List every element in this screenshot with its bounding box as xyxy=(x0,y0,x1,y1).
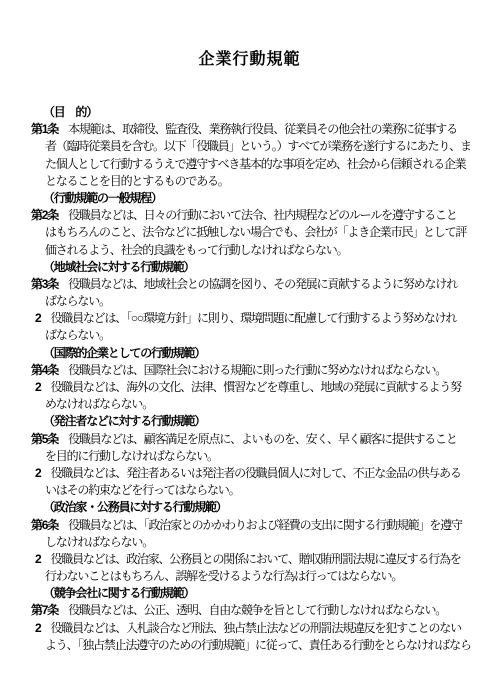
section-heading: （地域社会に対する行動規範） xyxy=(31,259,481,276)
paragraph-line: 2役職員などは、発注者あるいは発注者の役職員個人に対して、不正な金品の供与ある xyxy=(31,465,481,482)
section-heading: （目 的） xyxy=(31,104,481,121)
article-line: 第2条役職員などは、日々の行動において法令、社内規程などのルールを遵守すること xyxy=(31,207,481,224)
line-text: 役職員などは、海外の文化、法律、慣習などを尊重し、地域の発展に貢献するよう努 xyxy=(50,380,460,394)
article-number: 第1条 xyxy=(31,122,58,136)
paragraph-number: 2 xyxy=(35,621,40,635)
continuation-line: 行わないことはもちろん、誤解を受けるような行為は行ってはならない。 xyxy=(31,568,481,585)
section-heading: （発注者などに対する行動規範） xyxy=(31,413,481,430)
line-text: 役職員などは、地域社会との協調を図り、その発展に貢献するように努めなけれ xyxy=(68,277,457,291)
paragraph-number: 2 xyxy=(35,311,40,325)
line-text: 本規範は、取締役、監査役、業務執行役員、従業員その他会社の業務に従事する xyxy=(68,122,457,136)
paragraph-number: 2 xyxy=(35,552,40,566)
article-line: 第7条役職員などは、公正、透明、自由な競争を旨として行動しなければならない。 xyxy=(31,602,481,619)
section-heading: （行動規範の一般規程） xyxy=(31,190,481,207)
continuation-line: 価されるよう、社会的良識をもって行動しなければならない。 xyxy=(31,242,481,259)
continuation-line: となることを目的とするものである。 xyxy=(31,173,481,190)
continuation-line: ばならない。 xyxy=(31,293,481,310)
section-heading: （競争会社に関する行動規範） xyxy=(31,585,481,602)
article-number: 第5条 xyxy=(31,432,58,446)
document-page: 企業行動規範 （目 的）第1条本規範は、取締役、監査役、業務執行役員、従業員その… xyxy=(0,0,499,699)
line-text: 役職員などは、顧客満足を原点に、よいものを、安く、早く顧客に提供すること xyxy=(68,432,457,446)
paragraph-line: 2役職員などは、入札談合など刑法、独占禁止法などの刑罰法規違反を犯すことのない xyxy=(31,620,481,637)
article-number: 第7条 xyxy=(31,603,58,617)
article-line: 第3条役職員などは、地域社会との協調を図り、その発展に貢献するように努めなけれ xyxy=(31,276,481,293)
line-text: 役職員などは、公正、透明、自由な競争を旨として行動しなければならない。 xyxy=(68,603,446,617)
continuation-line: はもちろんのこと、法令などに抵触しない場合でも、会社が「よき企業市民」として評 xyxy=(31,224,481,241)
article-number: 第4条 xyxy=(31,363,58,377)
document-title: 企業行動規範 xyxy=(0,46,499,69)
article-number: 第3条 xyxy=(31,277,58,291)
paragraph-line: 2役職員などは、海外の文化、法律、慣習などを尊重し、地域の発展に貢献するよう努 xyxy=(31,379,481,396)
line-text: 役職員などは、国際社会における規範に則った行動に努めなければならない。 xyxy=(68,363,446,377)
continuation-line: た個人として行動するうえで遵守すべき基本的な事項を定め、社会から信頼される企業 xyxy=(31,156,481,173)
continuation-line: よう、「独占禁止法遵守のための行動規範」に従って、責任ある行動をとらなければなら xyxy=(31,637,481,654)
paragraph-line: 2役職員などは、政治家、公務員との関係において、贈収賄刑罰法規に違反する行為を xyxy=(31,551,481,568)
article-number: 第6条 xyxy=(31,518,58,532)
section-heading: （政治家・公務員に対する行動規範） xyxy=(31,499,481,516)
continuation-line: いはその約束などを行ってはならない。 xyxy=(31,482,481,499)
continuation-line: 者（臨時従業員を含む。以下「役職員」という。）すべてが業務を遂行するにあたり、ま xyxy=(31,138,481,155)
document-body: （目 的）第1条本規範は、取締役、監査役、業務執行役員、従業員その他会社の業務に… xyxy=(31,104,481,654)
line-text: 役職員などは、入札談合など刑法、独占禁止法などの刑罰法規違反を犯すことのない xyxy=(50,621,460,635)
line-text: 役職員などは、「政治家とのかかわりおよび経費の支出に関する行動規範」を遵守 xyxy=(68,518,462,532)
article-number: 第2条 xyxy=(31,208,58,222)
paragraph-number: 2 xyxy=(35,380,40,394)
paragraph-line: 2役職員などは、「○○環境方針」に則り、環境問題に配慮して行動するよう努めなけれ xyxy=(31,310,481,327)
line-text: 役職員などは、日々の行動において法令、社内規程などのルールを遵守すること xyxy=(68,208,457,222)
continuation-line: めなければならない。 xyxy=(31,396,481,413)
article-line: 第6条役職員などは、「政治家とのかかわりおよび経費の支出に関する行動規範」を遵守 xyxy=(31,517,481,534)
article-line: 第4条役職員などは、国際社会における規範に則った行動に努めなければならない。 xyxy=(31,362,481,379)
section-heading: （国際的企業としての行動規範） xyxy=(31,345,481,362)
continuation-line: を目的に行動しなければならない。 xyxy=(31,448,481,465)
paragraph-number: 2 xyxy=(35,466,40,480)
continuation-line: しなければならない。 xyxy=(31,534,481,551)
line-text: 役職員などは、政治家、公務員との関係において、贈収賄刑罰法規に違反する行為を xyxy=(50,552,460,566)
continuation-line: ばならない。 xyxy=(31,327,481,344)
article-line: 第1条本規範は、取締役、監査役、業務執行役員、従業員その他会社の業務に従事する xyxy=(31,121,481,138)
line-text: 役職員などは、発注者あるいは発注者の役職員個人に対して、不正な金品の供与ある xyxy=(50,466,460,480)
article-line: 第5条役職員などは、顧客満足を原点に、よいものを、安く、早く顧客に提供すること xyxy=(31,431,481,448)
line-text: 役職員などは、「○○環境方針」に則り、環境問題に配慮して行動するよう努めなけれ xyxy=(50,311,456,325)
